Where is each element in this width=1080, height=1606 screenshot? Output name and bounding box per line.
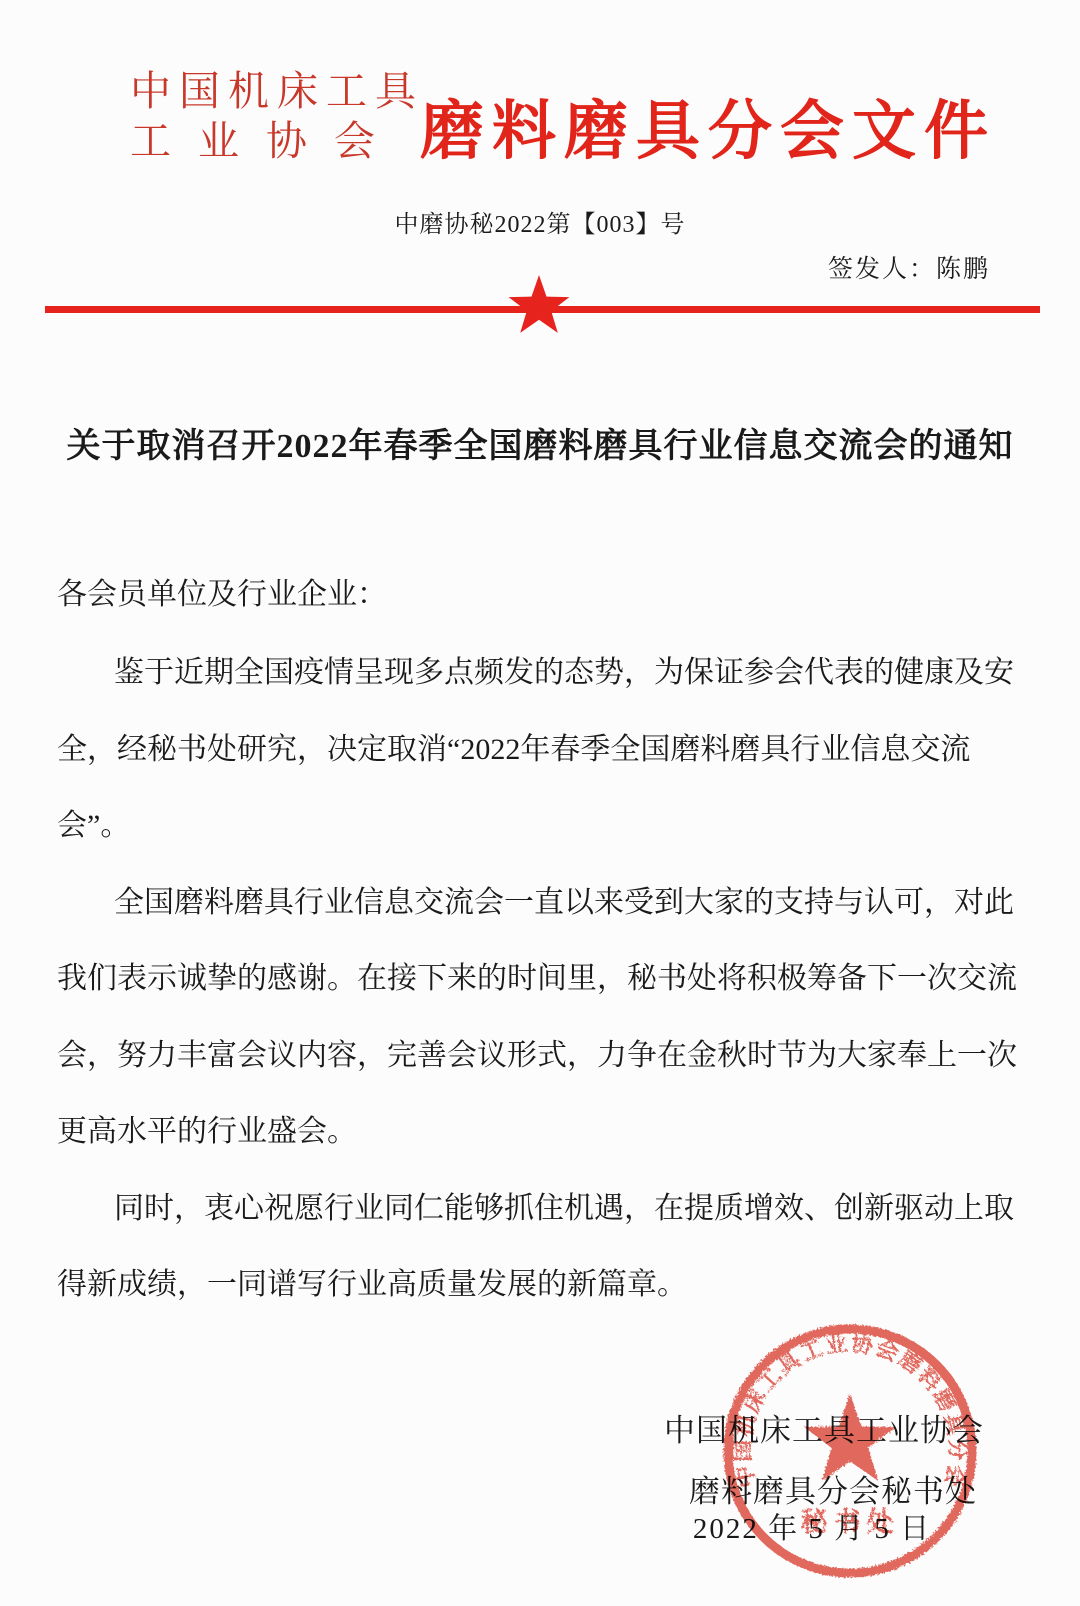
document-page: 中国机床工具 工业协会 磨料磨具分会文件 中磨协秘2022第【003】号 签发人… xyxy=(0,0,1080,1606)
org-name-line2: 工业协会 xyxy=(130,116,451,166)
body-line: 同时，衷心祝愿行业同仁能够抓住机遇，在提质增效、创新驱动上取 xyxy=(57,1171,1027,1248)
branch-document-title: 磨料磨具分会文件 xyxy=(420,80,1020,172)
notice-title: 关于取消召开2022年春季全国磨料磨具行业信息交流会的通知 xyxy=(0,418,1080,467)
official-seal: 中国机床工具工业协会磨料磨具分会 秘书处 xyxy=(715,1316,985,1586)
body-line: 得新成绩，一同谱写行业高质量发展的新篇章。 xyxy=(57,1247,1027,1324)
body-line: 我们表示诚挚的感谢。在接下来的时间里，秘书处将积极筹备下一次交流 xyxy=(57,941,1027,1018)
salutation: 各会员单位及行业企业： xyxy=(57,580,387,610)
signer-line: 签发人：陈鹏 xyxy=(828,249,990,285)
seal-center-text: 秘书处 xyxy=(801,1507,900,1537)
star-icon xyxy=(507,275,571,339)
body-line: 全，经秘书处研究，决定取消“2022年春季全国磨料磨具行业信息交流 xyxy=(57,712,1027,789)
letterhead-org-name: 中国机床工具 工业协会 xyxy=(130,66,424,166)
org-name-line1: 中国机床工具 xyxy=(130,66,424,116)
body-line: 会”。 xyxy=(57,788,1027,865)
body-line: 更高水平的行业盛会。 xyxy=(57,1094,1027,1171)
body-line: 全国磨料磨具行业信息交流会一直以来受到大家的支持与认可，对此 xyxy=(57,865,1027,942)
body-line: 会，努力丰富会议内容，完善会议形式，力争在金秋时节为大家奉上一次 xyxy=(57,1018,1027,1095)
notice-body: 鉴于近期全国疫情呈现多点频发的态势，为保证参会代表的健康及安全，经秘书处研究，决… xyxy=(57,635,1027,1324)
document-number: 中磨协秘2022第【003】号 xyxy=(0,204,1080,239)
body-line: 鉴于近期全国疫情呈现多点频发的态势，为保证参会代表的健康及安 xyxy=(57,635,1027,712)
seal-star-icon xyxy=(804,1394,895,1481)
